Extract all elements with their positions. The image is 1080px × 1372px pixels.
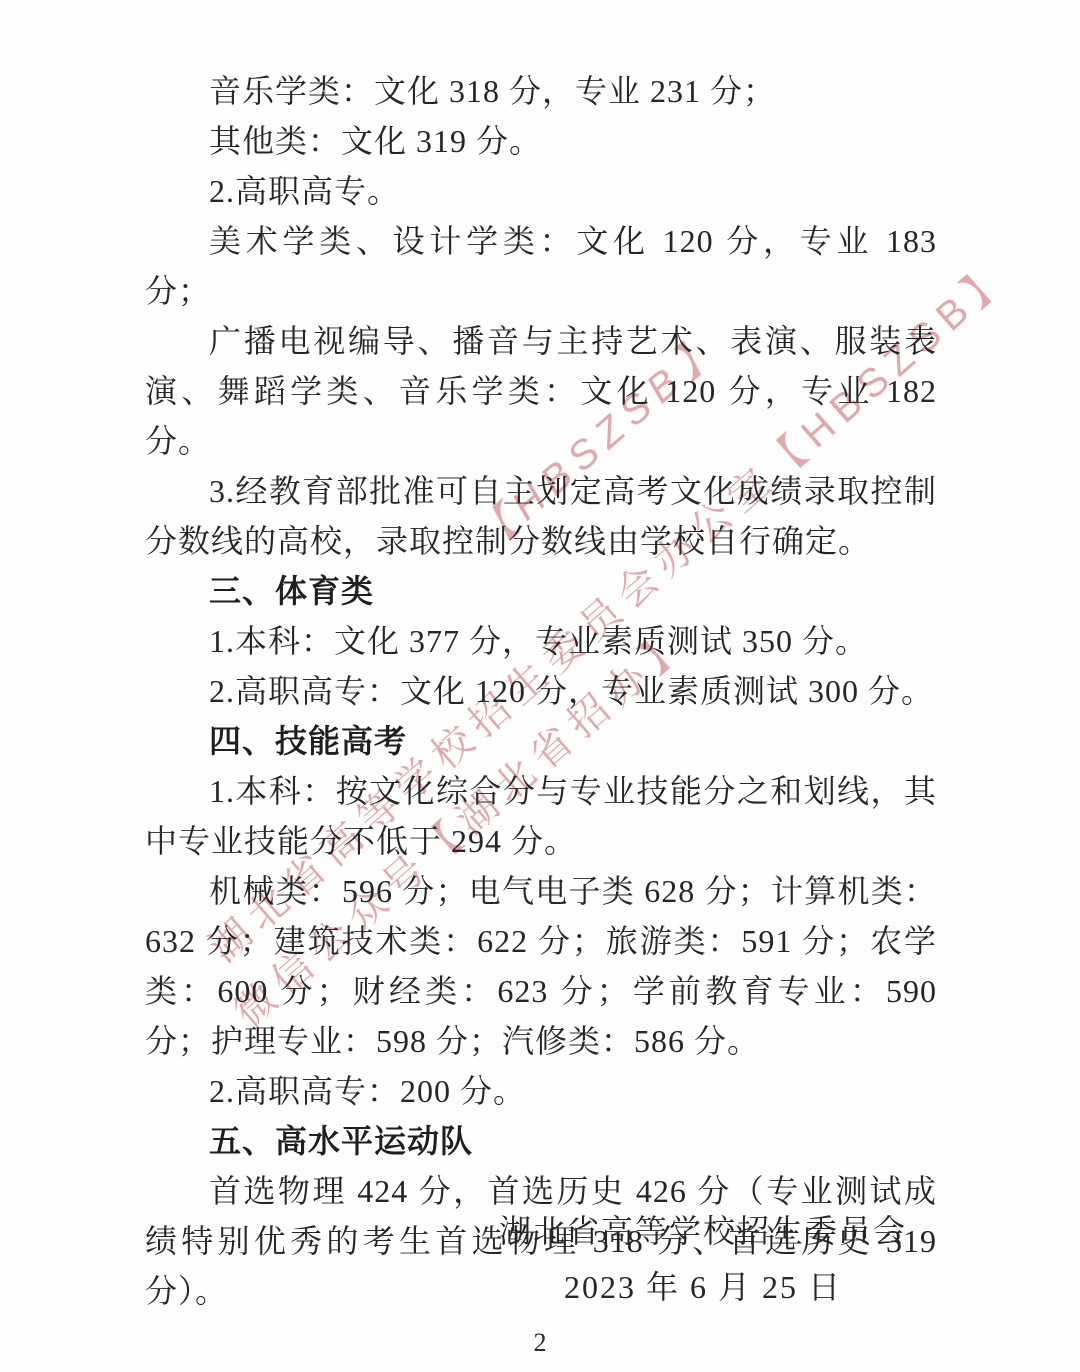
document-page: 湖北省高等学校招生委员会办公室【HBSZSB】 微信公众号【湖北省招办】 【HB… <box>0 0 1080 1372</box>
document-body: 音乐学类：文化 318 分，专业 231 分；其他类：文化 319 分。2.高职… <box>145 66 937 1316</box>
paragraph: 广播电视编导、播音与主持艺术、表演、服装表演、舞蹈学类、音乐学类：文化 120 … <box>145 316 937 466</box>
paragraph: 美术学类、设计学类：文化 120 分，专业 183 分； <box>145 216 937 316</box>
paragraph: 1.本科：文化 377 分，专业素质测试 350 分。 <box>145 616 937 666</box>
section-heading: 四、技能高考 <box>145 716 937 766</box>
paragraph: 机械类：596 分；电气电子类 628 分；计算机类：632 分；建筑技术类：6… <box>145 866 937 1066</box>
signature-issuer: 湖北省高等学校招生委员会 <box>145 1206 937 1252</box>
paragraph: 1.本科：按文化综合分与专业技能分之和划线，其中专业技能分不低于 294 分。 <box>145 766 937 866</box>
section-heading: 五、高水平运动队 <box>145 1116 937 1166</box>
signature-date: 2023 年 6 月 25 日 <box>145 1262 937 1308</box>
paragraph: 其他类：文化 319 分。 <box>145 116 937 166</box>
section-heading: 三、体育类 <box>145 566 937 616</box>
paragraph: 音乐学类：文化 318 分，专业 231 分； <box>145 66 937 116</box>
page-number: 2 <box>0 1328 1080 1358</box>
paragraph: 2.高职高专：200 分。 <box>145 1066 937 1116</box>
paragraph: 2.高职高专。 <box>145 166 937 216</box>
paragraph: 3.经教育部批准可自主划定高考文化成绩录取控制分数线的高校，录取控制分数线由学校… <box>145 466 937 566</box>
paragraph: 2.高职高专：文化 120 分，专业素质测试 300 分。 <box>145 666 937 716</box>
